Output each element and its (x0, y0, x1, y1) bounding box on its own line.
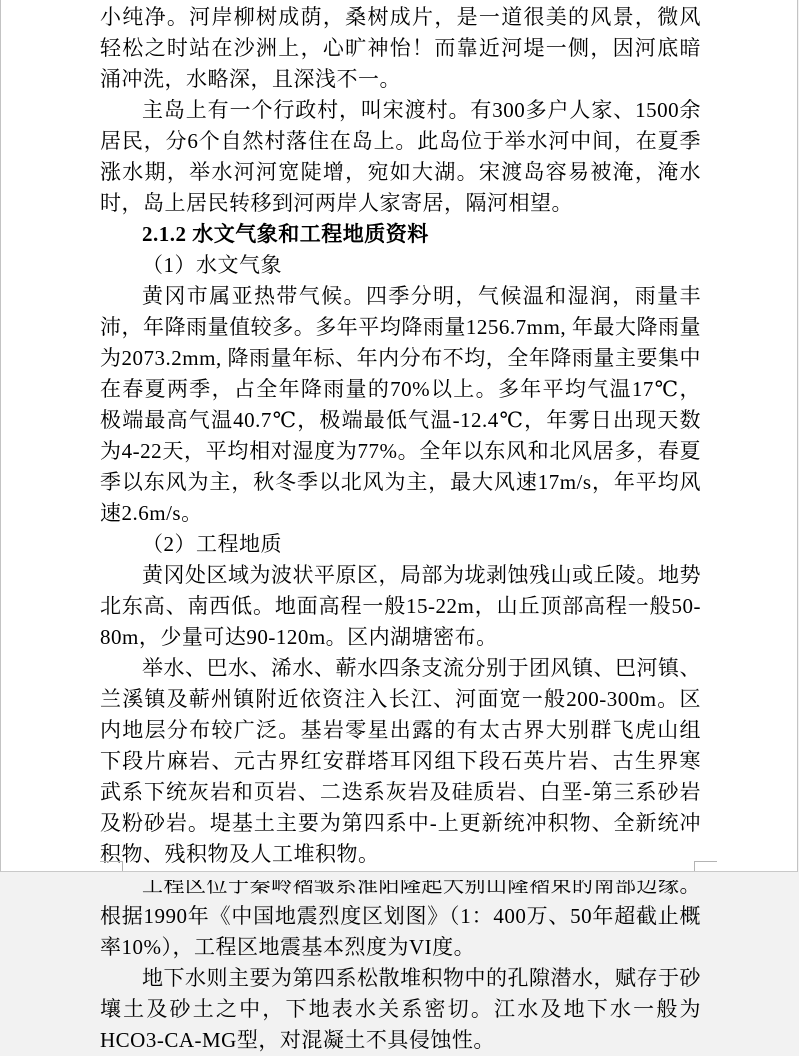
document-text-area[interactable]: 小纯净。河岸柳树成荫，桑树成片，是一道很美的风景，微风轻松之时站在沙洲上，心旷神… (100, 2, 701, 880)
paragraph[interactable]: 黄冈处区域为波状平原区，局部为垅剥蚀残山或丘陵。地势北东高、南西低。地面高程一般… (100, 560, 701, 653)
paragraph[interactable]: 小纯净。河岸柳树成荫，桑树成片，是一道很美的风景，微风轻松之时站在沙洲上，心旷神… (100, 2, 701, 95)
sub-heading[interactable]: （1）水文气象 (100, 250, 701, 281)
paragraph[interactable]: 黄冈市属亚热带气候。四季分明，气候温和湿润，雨量丰沛，年降雨量值较多。多年平均降… (100, 281, 701, 529)
paragraph[interactable]: 举水、巴水、浠水、蕲水四条支流分别于团风镇、巴河镇、兰溪镇及蕲州镇附近依资注入长… (100, 653, 701, 870)
sub-heading[interactable]: （2）工程地质 (100, 529, 701, 560)
text-boundary-mark-bottom-left (100, 861, 123, 871)
text-boundary-mark-bottom-right (694, 861, 717, 871)
workspace-background (0, 873, 799, 880)
document-page: 小纯净。河岸柳树成荫，桑树成片，是一道很美的风景，微风轻松之时站在沙洲上，心旷神… (0, 0, 798, 872)
section-heading[interactable]: 2.1.2 水文气象和工程地质资料 (100, 219, 701, 250)
paragraph[interactable]: 主岛上有一个行政村，叫宋渡村。有300多户人家、1500余居民，分6个自然村落住… (100, 95, 701, 219)
